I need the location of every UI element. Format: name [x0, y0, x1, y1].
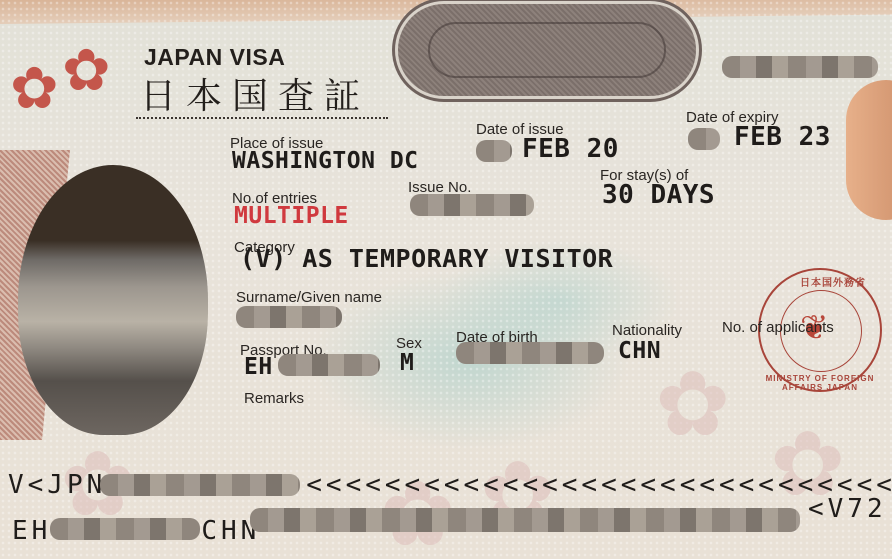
mrz-line1-fill: <<<<<<<<<<<<<<<<<<<<<<<<<<<<<<<<	[306, 470, 892, 500]
redacted-expiry-day	[688, 128, 720, 150]
title-underline	[136, 117, 388, 119]
mrz-line2-end: <V72	[808, 494, 887, 524]
mrz-line1-start: V<JPN	[8, 470, 106, 500]
passport-no-value: EH	[244, 354, 273, 380]
for-stay-value: 30 DAYS	[602, 180, 715, 210]
sakura-emblem-icon: ✿	[62, 42, 111, 100]
redacted-mrz-line1	[100, 474, 300, 496]
redacted-issue-no	[410, 194, 534, 216]
sakura-emblem-icon: ✿	[10, 60, 59, 118]
no-of-entries-value: MULTIPLE	[234, 203, 349, 229]
holder-photo-redacted	[18, 165, 208, 435]
date-of-expiry-value: FEB 23	[734, 122, 831, 152]
redacted-mrz-line2-a	[50, 518, 200, 540]
redacted-passport-no	[278, 354, 380, 376]
cherry-blossom-watermark-icon: ✿	[655, 360, 730, 450]
redacted-issue-day	[476, 140, 512, 162]
no-of-applicants-label: No. of applicants	[722, 320, 834, 335]
redacted-name	[236, 306, 342, 328]
thumb	[846, 80, 892, 220]
sex-value: M	[400, 350, 414, 376]
guilloche-pattern	[398, 4, 696, 96]
place-of-issue-value: WASHINGTON DC	[232, 148, 419, 174]
nationality-value: CHN	[618, 338, 661, 364]
sex-label: Sex	[396, 336, 422, 351]
nationality-label: Nationality	[612, 323, 682, 338]
redacted-date-of-birth	[456, 342, 604, 364]
seal-text-en: MINISTRY OF FOREIGN AFFAIRS JAPAN	[764, 374, 876, 392]
redacted-mrz-line2-b	[250, 508, 800, 532]
surname-given-name-label: Surname/Given name	[236, 290, 382, 305]
visa-title-en: JAPAN VISA	[144, 44, 285, 71]
date-of-issue-value: FEB 20	[522, 134, 619, 164]
seal-text-jp: 日本国外務省	[800, 274, 866, 289]
category-value: (V) AS TEMPORARY VISITOR	[240, 244, 613, 273]
visa-title-jp: 日本国査証	[140, 68, 370, 119]
issue-no-label: Issue No.	[408, 180, 471, 195]
remarks-label: Remarks	[244, 391, 304, 406]
mrz-line2-start: EH	[12, 516, 51, 546]
redacted-visa-number	[722, 56, 878, 78]
